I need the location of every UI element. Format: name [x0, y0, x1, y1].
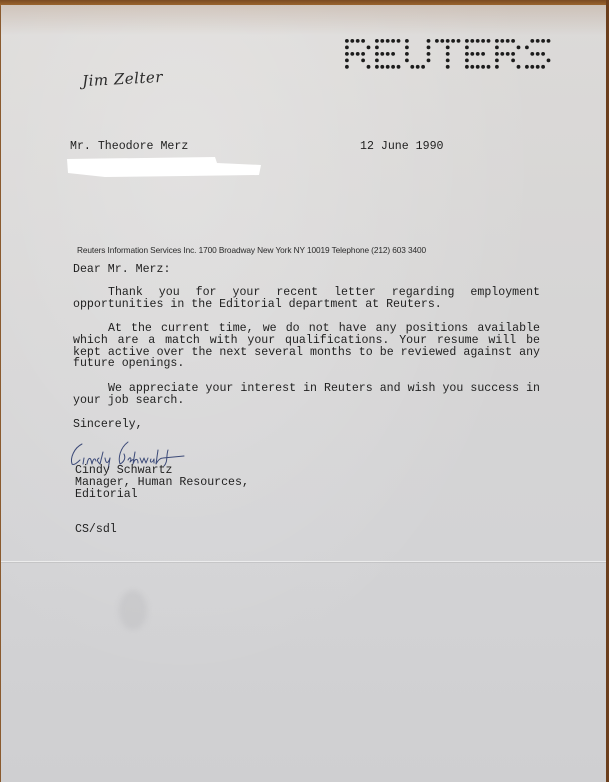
signer-department: Editorial	[75, 489, 138, 501]
letter-date: 12 June 1990	[360, 141, 444, 153]
redacted-address	[65, 155, 261, 177]
paper-shadow	[1, 5, 606, 35]
letterhead-address: Reuters Information Services Inc. 1700 B…	[77, 245, 426, 255]
fold-line	[1, 561, 606, 562]
reuters-logo	[343, 36, 573, 70]
paper-smudge	[119, 590, 147, 630]
salutation: Dear Mr. Merz:	[73, 264, 170, 276]
body-paragraph-1: Thank you for your recent letter regardi…	[73, 287, 540, 311]
body-paragraph-2: At the current time, we do not have any …	[73, 323, 540, 370]
body-paragraph-3: We appreciate your interest in Reuters a…	[73, 383, 540, 407]
reference-initials: CS/sdl	[75, 524, 117, 536]
recipient-name: Mr. Theodore Merz	[70, 141, 188, 153]
closing: Sincerely,	[73, 419, 143, 431]
